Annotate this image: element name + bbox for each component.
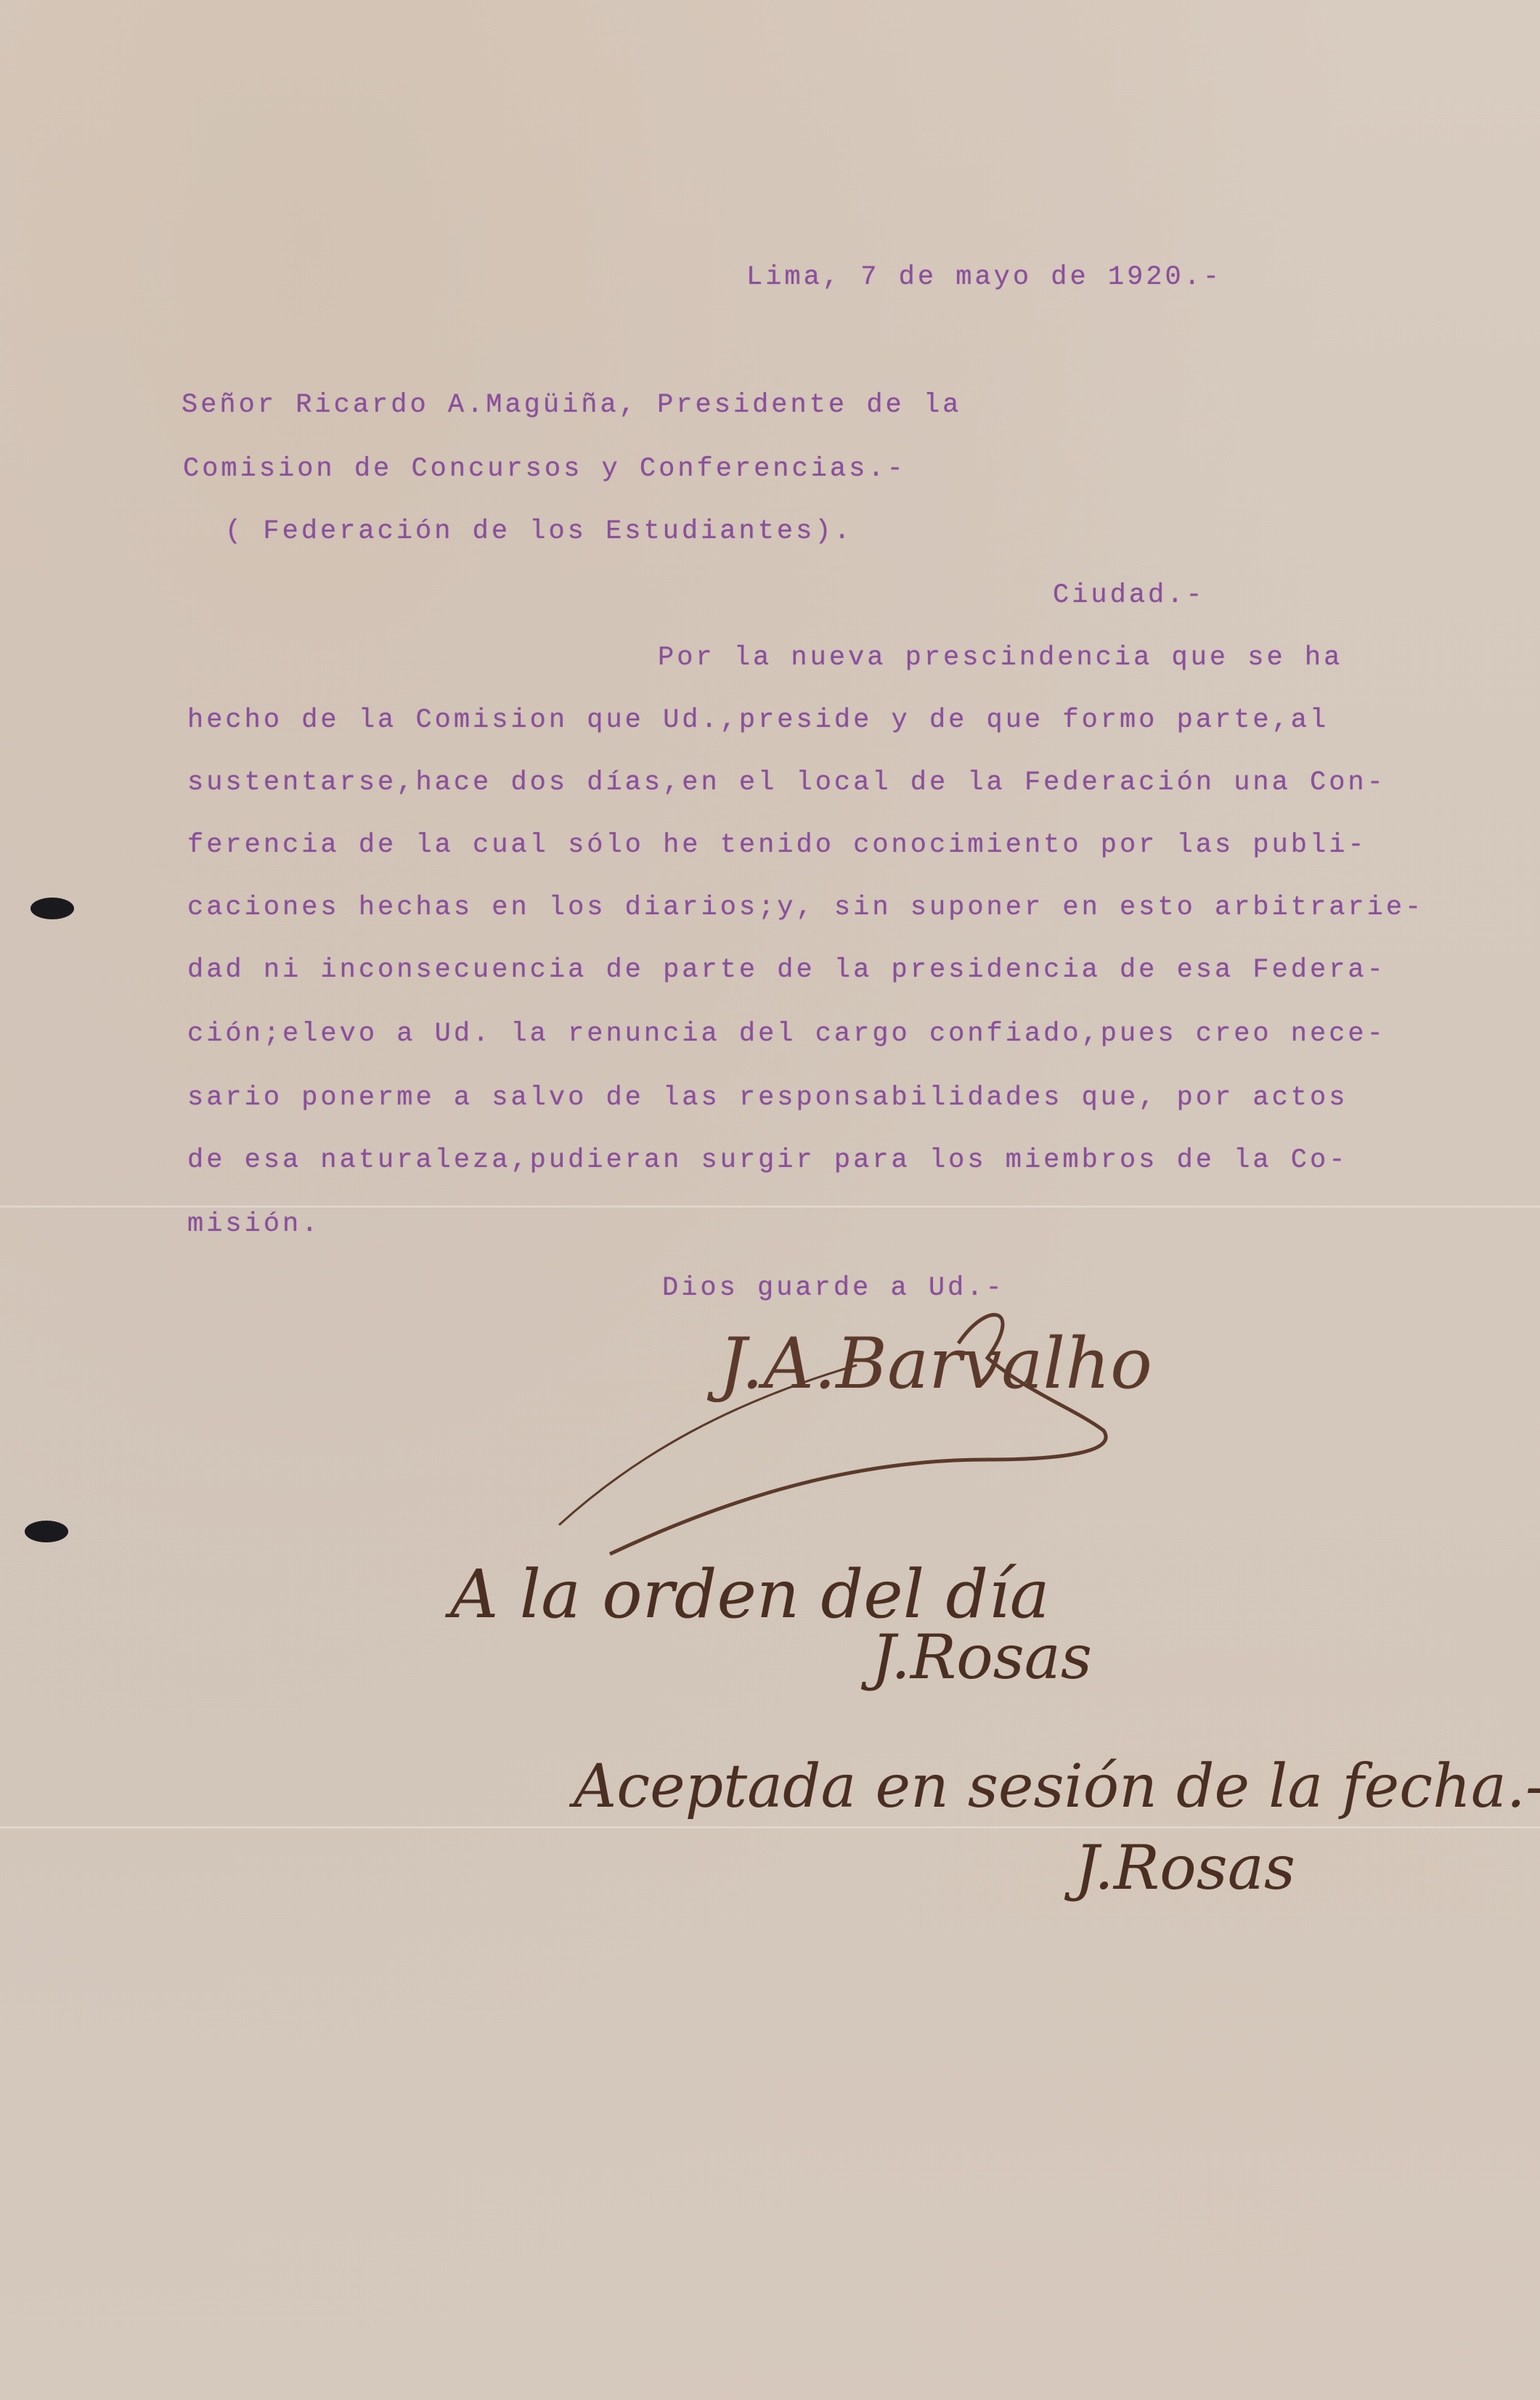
punch-hole-icon [30,898,74,919]
body-line: dad ni inconsecuencia de parte de la pre… [187,957,1386,984]
annotation-initials: J.Rosas [871,1627,1092,1688]
paper-fold-line [0,1826,1540,1829]
dateline: Lima, 7 de mayo de 1920.- [746,264,1222,291]
body-line: hecho de la Comision que Ud.,preside y d… [187,707,1329,734]
addressee-city: Ciudad.- [1053,582,1205,609]
annotation-text: Aceptada en sesión de la fecha.- 11/5/20 [574,1757,1540,1817]
body-line: misión. [187,1211,320,1238]
body-line: sario ponerme a salvo de las responsabil… [187,1085,1348,1112]
letter-paper [0,0,1540,2400]
body-line: sustentarse,hace dos días,en el local de… [187,770,1386,797]
addressee-line: Señor Ricardo A.Magüiña, Presidente de l… [182,392,961,419]
body-line: de esa naturaleza,pudieran surgir para l… [187,1147,1348,1174]
annotation-text: A la orden del día [450,1561,1050,1628]
signature-flourish-icon [552,1285,1133,1561]
body-line: caciones hechas en los diarios;y, sin su… [187,895,1424,922]
annotation-initials: J.Rosas [1075,1837,1295,1898]
punch-hole-icon [25,1521,68,1542]
addressee-line: Comision de Concursos y Conferencias.- [183,456,906,483]
body-line: Por la nueva prescindencia que se ha [658,645,1343,672]
paper-fold-line [0,1205,1540,1208]
addressee-line: ( Federación de los Estudiantes). [225,518,853,545]
body-line: ferencia de la cual sólo he tenido conoc… [187,832,1367,859]
body-line: ción;elevo a Ud. la renuncia del cargo c… [187,1021,1386,1048]
